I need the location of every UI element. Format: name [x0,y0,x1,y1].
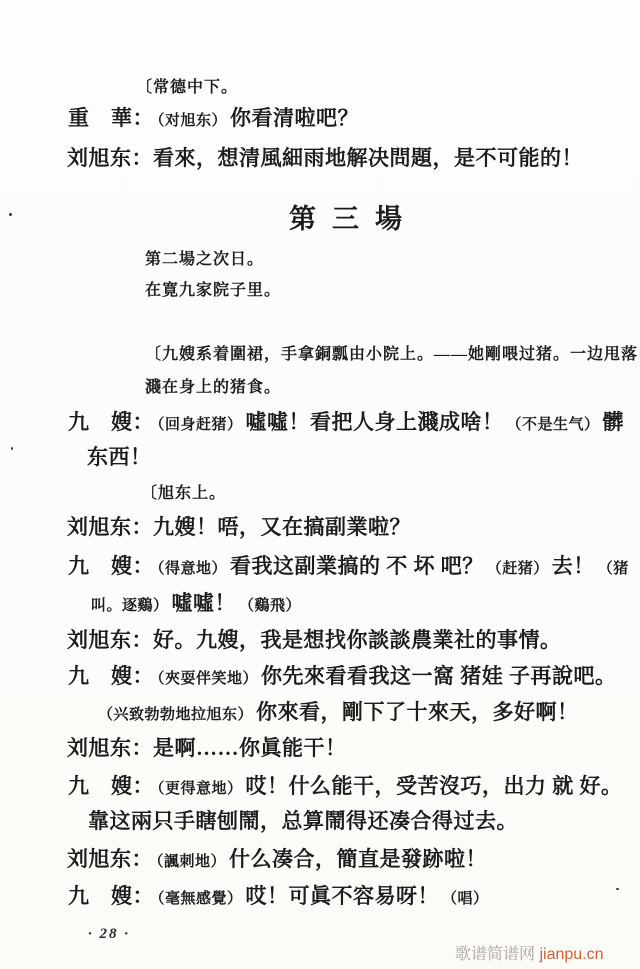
scene-note: 在寛九家院子里。 [145,283,281,299]
speaker-label: 九 嫂： [68,884,154,908]
dialogue-text: 你先來看看我这一窩 猪娃 子再說吧。 [261,664,617,688]
dialogue-text: 你來看，剛下了十來天，多好啊！ [256,700,579,724]
dialogue-line: 九 嫂：（得意地）看我这副業搞的 不 坏 吧？（赶猪）去！（猪 [68,556,632,577]
watermark-site-name: 歌谱简谱网 [455,946,535,963]
dialogue-text: 好。九嫂，我是想找你談談農業社的事情。 [153,628,562,652]
stage-direction-text: 濺在身上的猪食。 [145,379,281,396]
parenthetical: 叫。逐鷄） [91,598,169,614]
watermark: 歌谱简谱网 jianpu.cn [455,941,604,964]
dialogue-text: 看我这副業搞的 不 坏 吧？ [230,554,484,578]
scene-title: 第三場 [289,197,418,236]
parenthetical: （不是生气） [507,417,600,433]
scene-note-text: 在寛九家院子里。 [145,282,281,299]
dialogue-line: 九 嫂：（更得意地）哎！什么能干，受苦沒巧，出力 就 好。 [68,776,623,797]
speaker-label: 九 嫂： [68,554,154,578]
scene-note-text: 第二場之次日。 [145,251,264,268]
parenthetical: （得意地） [157,561,227,577]
dialogue-text: 噓噓！ [172,591,237,615]
parenthetical: （赶猪） [487,561,549,577]
stage-direction: 〔九嫂系着圍裙，手拿銅瓢由小院上。——她剛喂过猪。一边甩落 [145,347,638,363]
dialogue-text: 九嫂！唔，又在搞副業啦？ [153,515,411,539]
speaker-label: 九 嫂： [68,410,154,434]
parenthetical: （兴致勃勃地拉旭东） [98,707,253,723]
book-page: 〔常德中下。 重 華：（对旭东）你看清啦吧？ 刘旭东：看來，想清風細雨地解决問題… [0,0,640,969]
dialogue-text: 哎！什么能干，受苦沒巧，出力 就 好。 [246,774,623,798]
dialogue-text: 看來，想清風細雨地解决問題，是不可能的！ [153,146,583,170]
ink-speck [11,447,13,450]
parenthetical: （諷刺地） [156,854,226,870]
ink-speck [616,888,619,890]
parenthetical: （毫無感覺） [157,891,243,907]
dialogue-line: 刘旭东：好。九嫂，我是想找你談談農業社的事情。 [67,630,562,651]
dialogue-line: 刘旭东：看來，想清風細雨地解决問題，是不可能的！ [67,148,583,169]
dialogue-line: 刘旭东：（諷刺地）什么凑合，簡直是發跡啦！ [67,849,487,870]
parenthetical: （唱） [442,891,489,907]
dialogue-text: 噓噓！看把人身上濺成啥！ [246,410,504,434]
stage-direction-text: 〔旭东上。 [141,485,226,502]
dialogue-text: 东西！ [87,445,152,469]
speaker-label: 刘旭东： [67,628,153,652]
dialogue-continuation: （兴致勃勃地拉旭东）你來看，剛下了十來天，多好啊！ [95,702,579,723]
ink-speck [9,213,12,216]
dialogue-line: 重 華：（对旭东）你看清啦吧？ [68,108,359,129]
dialogue-line: 刘旭东：九嫂！唔，又在搞副業啦？ [67,517,411,538]
watermark-site-url: jianpu.cn [539,946,603,963]
parenthetical: （鷄飛） [239,598,301,614]
dialogue-text: 哎！可眞不容易呀！ [246,884,440,908]
parenthetical: （猪 [598,561,629,577]
speaker-label: 九 嫂： [68,774,154,798]
dialogue-continuation: 叫。逐鷄）噓噓！（鷄飛） [88,593,304,614]
parenthetical: （对旭东） [157,113,227,129]
stage-direction: 濺在身上的猪食。 [145,380,281,396]
dialogue-line: 九 嫂：（夾耍伴笑地）你先來看看我这一窩 猪娃 子再說吧。 [68,666,617,687]
dialogue-text: 髒 [603,410,625,434]
speaker-label: 刘旭东： [67,146,153,170]
stage-direction: 〔旭东上。 [141,486,226,502]
dialogue-line: 九 嫂：（回身赶猪）噓噓！看把人身上濺成啥！（不是生气）髒 [68,412,624,433]
dialogue-continuation: 靠这兩只手瞎刨鬧，总算鬧得还凑合得过去。 [88,811,518,832]
speaker-label: 重 華： [68,106,154,130]
speaker-label: 九 嫂： [68,664,154,688]
dialogue-continuation: 东西！ [87,447,152,468]
stage-direction-text: 〔九嫂系着圍裙，手拿銅瓢由小院上。——她剛喂过猪。一边甩落 [145,346,638,363]
dialogue-line: 刘旭东：是啊……你眞能干！ [67,738,347,759]
dialogue-text: 什么凑合，簡直是發跡啦！ [229,847,487,871]
speaker-label: 刘旭东： [67,847,153,871]
dialogue-text: 你看清啦吧？ [230,106,359,130]
dialogue-text: 靠这兩只手瞎刨鬧，总算鬧得还凑合得过去。 [88,809,518,833]
stage-direction: 〔常德中下。 [136,80,238,96]
parenthetical: （夾耍伴笑地） [157,671,258,687]
parenthetical: （回身赶猪） [157,417,243,433]
parenthetical: （更得意地） [157,781,243,797]
dialogue-line: 九 嫂：（毫無感覺）哎！可眞不容易呀！（唱） [68,886,492,907]
speaker-label: 刘旭东： [67,515,153,539]
speaker-label: 刘旭东： [67,736,153,760]
dialogue-text: 是啊……你眞能干！ [153,736,347,760]
page-number: · 28 · [88,926,130,943]
scene-note: 第二場之次日。 [145,252,264,268]
dialogue-text: 去！ [552,554,595,578]
stage-direction-text: 〔常德中下。 [136,79,238,96]
